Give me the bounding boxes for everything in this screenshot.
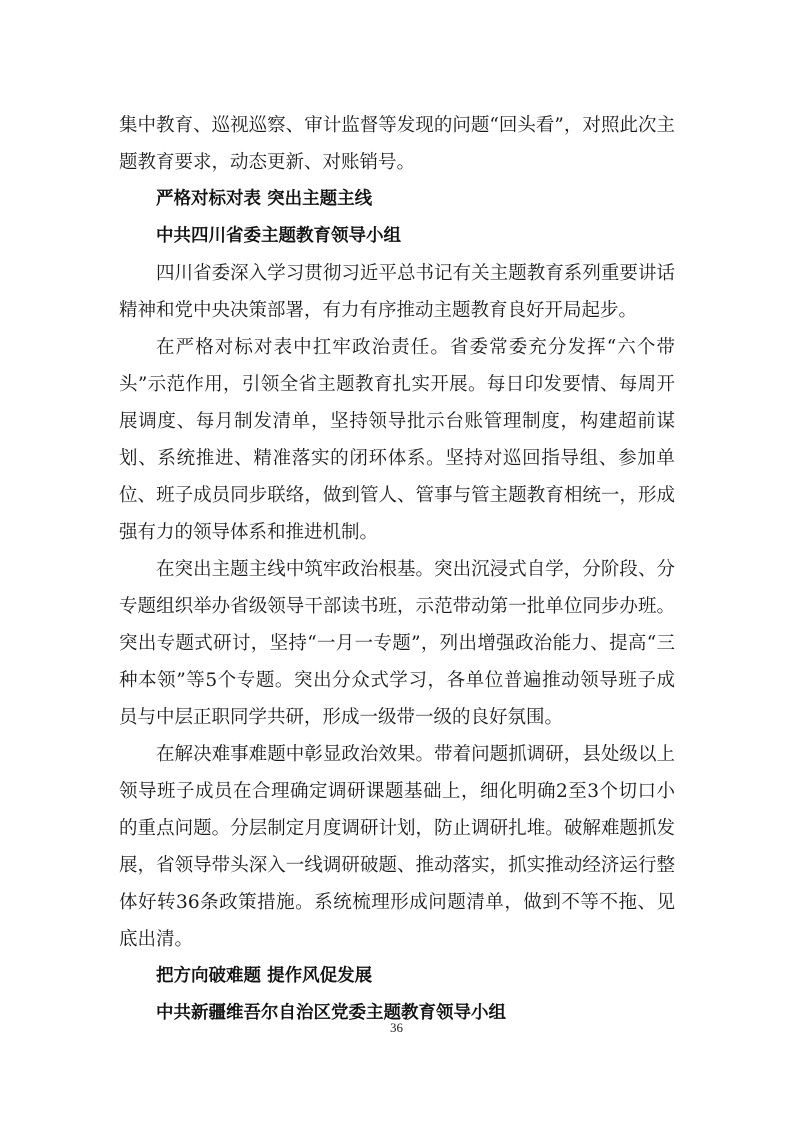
- page-body: 集中教育、巡视巡察、审计监督等发现的问题“回头看”，对照此次主题教育要求，动态更…: [119, 107, 675, 1032]
- body-paragraph-continued: 集中教育、巡视巡察、审计监督等发现的问题“回头看”，对照此次主题教育要求，动态更…: [119, 107, 675, 181]
- page-number: 36: [0, 1020, 793, 1036]
- body-paragraph: 在突出主题主线中筑牢政治根基。突出沉浸式自学，分阶段、分专题组织举办省级领导干部…: [119, 551, 675, 736]
- document-page: 集中教育、巡视巡察、审计监督等发现的问题“回头看”，对照此次主题教育要求，动态更…: [0, 0, 793, 1122]
- body-paragraph: 四川省委深入学习贯彻习近平总书记有关主题教育系列重要讲话精神和党中央决策部署，有…: [119, 255, 675, 329]
- body-paragraph: 在解决难事难题中彰显政治效果。带着问题抓调研，县处级以上领导班子成员在合理确定调…: [119, 736, 675, 958]
- author-heading: 中共四川省委主题教育领导小组: [119, 218, 675, 255]
- section-heading: 把方向破难题 提作风促发展: [119, 958, 675, 995]
- section-heading: 严格对标对表 突出主题主线: [119, 181, 675, 218]
- body-paragraph: 在严格对标对表中扛牢政治责任。省委常委充分发挥“六个带头”示范作用，引领全省主题…: [119, 329, 675, 551]
